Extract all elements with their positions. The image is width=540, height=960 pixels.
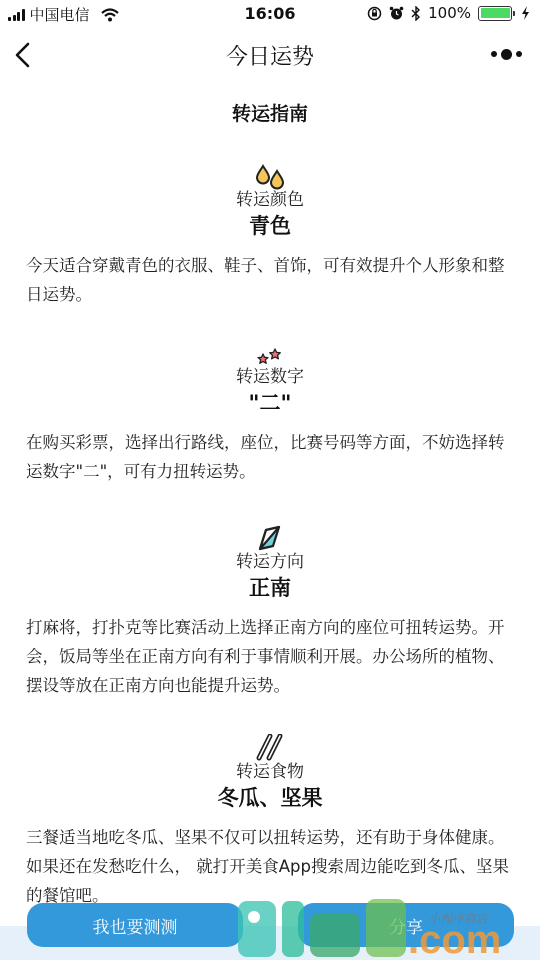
item-description: 在购买彩票，选择出行路线，座位，比赛号码等方面，不妨选择转运数字"二"，可有力扭… (0, 428, 540, 486)
status-bar: 中国电信 16:06 100% (0, 0, 540, 28)
compass-icon (255, 524, 285, 552)
water-drops-icon (252, 164, 288, 190)
test-too-button[interactable]: 我也要测测 (27, 903, 243, 947)
section-heading: 转运指南 (0, 99, 540, 126)
bluetooth-icon (411, 6, 421, 21)
status-right: 100% (367, 4, 530, 22)
battery-icon (478, 6, 512, 21)
lucky-color-item: 转运颜色 青色 今天适合穿戴青色的衣服、鞋子、首饰，可有效提升个人形象和整日运势… (0, 164, 540, 309)
item-description: 今天适合穿戴青色的衣服、鞋子、首饰，可有效提升个人形象和整日运势。 (0, 251, 540, 309)
item-label: 转运数字 (0, 367, 540, 387)
lucky-food-item: 转运食物 冬瓜、坚果 三餐适当地吃冬瓜、坚果不仅可以扭转运势，还有助于身体健康。… (0, 734, 540, 910)
item-label: 转运方向 (0, 552, 540, 572)
more-dot-center (501, 49, 512, 60)
stars-icon (255, 347, 285, 367)
item-label: 转运食物 (0, 762, 540, 782)
chopsticks-icon (255, 734, 285, 762)
orientation-lock-icon (367, 6, 382, 21)
alarm-icon (389, 6, 404, 21)
item-value: 正南 (0, 574, 540, 602)
item-description: 三餐适当地吃冬瓜、坚果不仅可以扭转运势，还有助于身体健康。如果还在发愁吃什么， … (0, 823, 540, 910)
page-title: 今日运势 (0, 40, 540, 71)
more-button[interactable] (488, 44, 524, 64)
battery-percent: 100% (428, 4, 471, 22)
lucky-number-item: 转运数字 "二" 在购买彩票，选择出行路线，座位，比赛号码等方面，不妨选择转运数… (0, 347, 540, 486)
item-value: "二" (0, 389, 540, 417)
lucky-direction-item: 转运方向 正南 打麻将，打扑克等比赛活动上选择正南方向的座位可扭转运势。开会，饭… (0, 524, 540, 700)
more-dot-right (516, 51, 522, 57)
navigation-bar: 今日运势 (0, 28, 540, 82)
share-button[interactable]: 分享 (298, 903, 514, 947)
item-value: 冬瓜、坚果 (0, 784, 540, 812)
charging-icon (521, 6, 530, 20)
more-dots-icon (491, 51, 497, 57)
item-description: 打麻将，打扑克等比赛活动上选择正南方向的座位可扭转运势。开会，饭局等坐在正南方向… (0, 613, 540, 700)
item-label: 转运颜色 (0, 190, 540, 210)
fortune-guide: 转运指南 转运颜色 青色 今天适合穿戴青色的衣服、鞋子、首饰，可有效提升个人形象… (0, 82, 540, 910)
item-value: 青色 (0, 212, 540, 240)
